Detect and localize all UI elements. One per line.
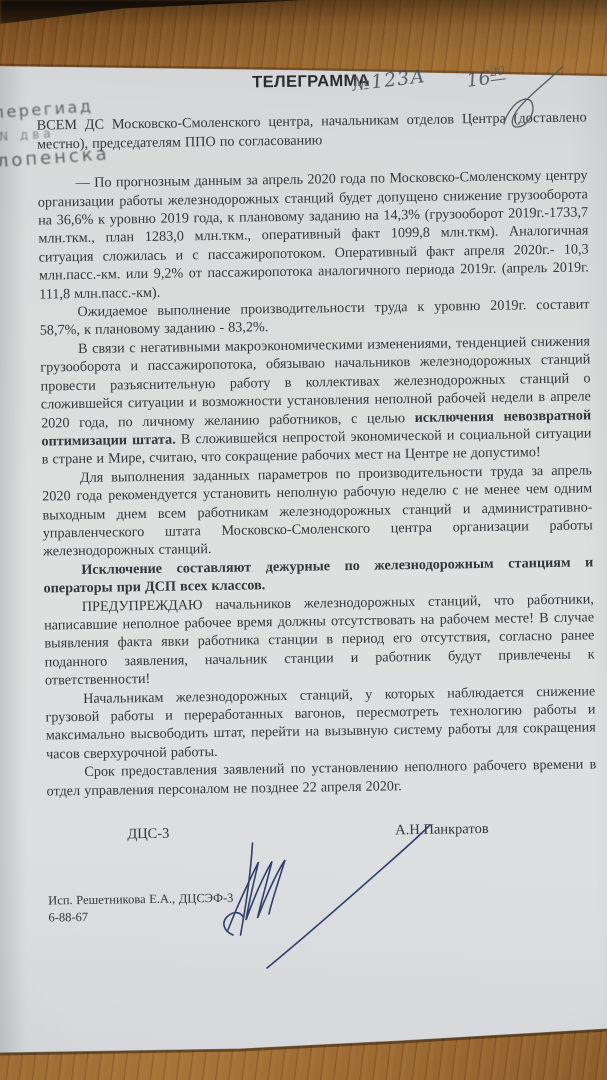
document-content: ТЕЛЕГРАММА №123А 1620 ВСЕМ ДС Московско-… xyxy=(36,68,599,925)
paragraph-address: ВСЕМ ДС Московско-Смоленского центра, на… xyxy=(37,109,587,154)
paragraph-obligation: В связи с негативными макроэкономическим… xyxy=(40,332,592,469)
photo-of-telegram: перегиад N два лопенска ТЕЛЕГРАММА №123А… xyxy=(0,0,607,1080)
text-segment: ПРЕДУПРЕЖДАЮ начальников железнодорожных… xyxy=(44,591,595,689)
text-segment: ВСЕМ ДС Московско-Смоленского центра, на… xyxy=(37,110,587,153)
paragraph-workload: Начальникам железнодорожных станций, у к… xyxy=(45,682,596,764)
handwritten-hours: 16 xyxy=(465,67,492,92)
text-segment: Срок предоставления заявлений по установ… xyxy=(46,757,596,800)
paragraph-warning: ПРЕДУПРЕЖДАЮ начальников железнодорожных… xyxy=(44,590,595,690)
signer-name: А.Н.Панкратов xyxy=(395,820,489,840)
signature-row: ДЦС-3 А.Н.Панкратов xyxy=(47,818,597,846)
paragraph-forecast: — По прогнозным данным за апрель 2020 го… xyxy=(37,167,589,304)
paragraph-recommendation: Для выполнения заданных параметров по пр… xyxy=(42,461,593,561)
paragraphs: ВСЕМ ДС Московско-Смоленского центра, на… xyxy=(37,109,597,801)
handwritten-minutes: 20 xyxy=(489,63,506,81)
text-segment: — По прогнозным данным за апрель 2020 го… xyxy=(38,168,589,303)
paragraph-deadline: Срок предоставления заявлений по установ… xyxy=(46,756,596,801)
text-segment: Для выполнения заданных параметров по пр… xyxy=(42,462,593,560)
text-segment: Начальникам железнодорожных станций, у к… xyxy=(45,683,595,762)
signer-position-label: ДЦС-3 xyxy=(127,825,169,844)
